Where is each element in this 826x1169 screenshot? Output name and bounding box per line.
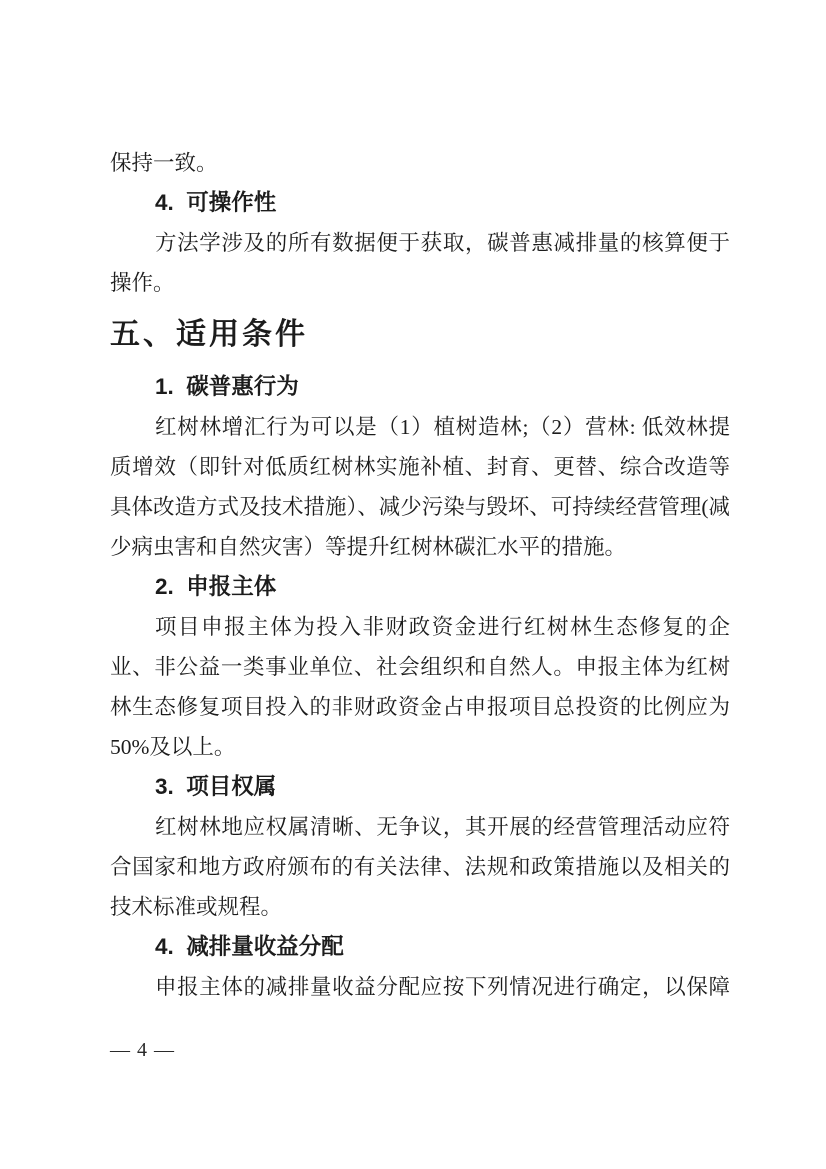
carryover-line: 保持一致。 — [110, 143, 730, 183]
page-content: 保持一致。 4. 可操作性 方法学涉及的所有数据便于获取，碳普惠减排量的核算便于… — [110, 143, 730, 1007]
body-line: 项目申报主体为投入非财政资金进行红树林生态修复的企 — [110, 607, 730, 647]
subsection-3-heading: 3. 项目权属 — [110, 767, 730, 807]
body-line: 业、非公益一类事业单位、社会组织和自然人。申报主体为红树 — [110, 647, 730, 687]
section-5-heading: 五、适用条件 — [110, 303, 730, 367]
body-line: 质增效（即针对低质红树林实施补植、封育、更替、综合改造等 — [110, 447, 730, 487]
subsection-1-heading: 1. 碳普惠行为 — [110, 367, 730, 407]
page-number: — 4 — — [110, 1038, 175, 1062]
body-line: 申报主体的减排量收益分配应按下列情况进行确定，以保障 — [110, 967, 730, 1007]
body-line: 红树林地应权属清晰、无争议，其开展的经营管理活动应符 — [110, 807, 730, 847]
body-line: 林生态修复项目投入的非财政资金占申报项目总投资的比例应为 — [110, 687, 730, 727]
body-line: 操作。 — [110, 263, 730, 303]
body-line: 技术标准或规程。 — [110, 887, 730, 927]
subsection-4-heading: 4. 减排量收益分配 — [110, 927, 730, 967]
body-line: 合国家和地方政府颁布的有关法律、法规和政策措施以及相关的 — [110, 847, 730, 887]
subsection-operability-heading: 4. 可操作性 — [110, 183, 730, 223]
body-line: 红树林增汇行为可以是（1）植树造林;（2）营林: 低效林提 — [110, 407, 730, 447]
body-line: 方法学涉及的所有数据便于获取，碳普惠减排量的核算便于 — [110, 223, 730, 263]
body-line: 50%及以上。 — [110, 727, 730, 767]
body-line: 具体改造方式及技术措施）、减少污染与毁坏、可持续经营管理(减 — [110, 487, 730, 527]
document-page: 保持一致。 4. 可操作性 方法学涉及的所有数据便于获取，碳普惠减排量的核算便于… — [0, 0, 826, 1169]
subsection-2-heading: 2. 申报主体 — [110, 567, 730, 607]
body-line: 少病虫害和自然灾害）等提升红树林碳汇水平的措施。 — [110, 527, 730, 567]
